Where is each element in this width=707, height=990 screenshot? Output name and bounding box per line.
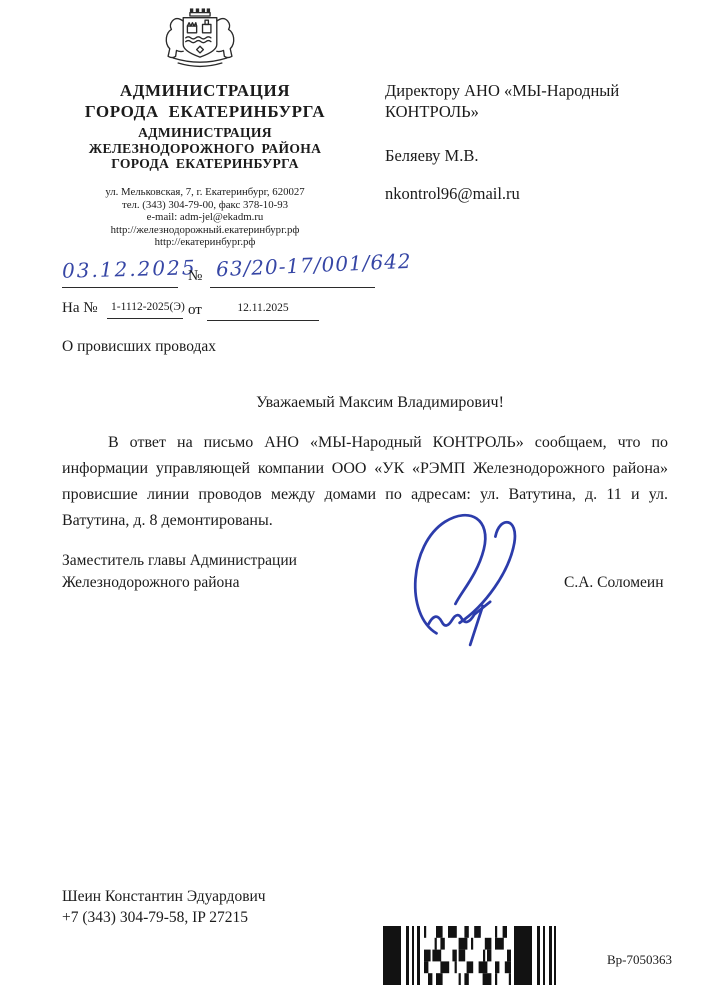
executor-block: Шеин Константин Эдуардович +7 (343) 304-… bbox=[62, 886, 266, 928]
handwritten-signature bbox=[398, 505, 536, 647]
executor-phone: +7 (343) 304-79-58, IP 27215 bbox=[62, 907, 266, 928]
subject-line: О провисших проводах bbox=[62, 338, 216, 356]
postal-address: ул. Мельковская, 7, г. Екатеринбург, 620… bbox=[38, 186, 372, 199]
reply-to-label: На № bbox=[62, 300, 98, 317]
document-code: Вр-7050363 bbox=[607, 952, 672, 968]
phone-fax: тел. (343) 304-79-00, факс 378-10-93 bbox=[38, 199, 372, 212]
addressee-block: Директору АНО «МЫ-Народный КОНТРОЛЬ» Бел… bbox=[385, 80, 655, 204]
from-label: от bbox=[188, 302, 202, 319]
website-line: http://екатеринбург.рф bbox=[38, 236, 372, 249]
addressee-name: Беляеву М.В. bbox=[385, 145, 655, 166]
letter-body: В ответ на письмо АНО «МЫ-Народный КОНТР… bbox=[62, 430, 668, 534]
blank-line bbox=[210, 287, 375, 288]
blank-line bbox=[207, 320, 319, 321]
department-name-block: АДМИНИСТРАЦИЯ ЖЕЛЕЗНОДОРОЖНОГО РАЙОНА ГО… bbox=[38, 125, 372, 172]
signer-position-line: Железнодорожного района bbox=[62, 572, 297, 594]
incoming-date: 12.11.2025 bbox=[207, 302, 319, 314]
department-name-line: АДМИНИСТРАЦИЯ bbox=[38, 125, 372, 141]
signer-name: С.А. Соломеин bbox=[564, 574, 664, 592]
incoming-number: 1-1112-2025(Э) bbox=[111, 301, 185, 313]
department-name-line: ЖЕЛЕЗНОДОРОЖНОГО РАЙОНА bbox=[38, 141, 372, 157]
number-sign: № bbox=[188, 268, 202, 285]
org-name-line: ГОРОДА ЕКАТЕРИНБУРГА bbox=[38, 101, 372, 122]
email-line: e-mail: adm-jel@ekadm.ru bbox=[38, 211, 372, 224]
outgoing-date-handwritten: 03.12.2025 bbox=[62, 255, 197, 283]
blank-line bbox=[107, 318, 183, 319]
letterhead-contacts: ул. Мельковская, 7, г. Екатеринбург, 620… bbox=[38, 186, 372, 249]
website-line: http://железнодорожный.екатеринбург.рф bbox=[38, 224, 372, 237]
city-coat-of-arms-icon bbox=[158, 4, 242, 70]
document-barcode bbox=[383, 926, 556, 985]
org-name-block: АДМИНИСТРАЦИЯ ГОРОДА ЕКАТЕРИНБУРГА bbox=[38, 80, 372, 122]
addressee-email: nkontrol96@mail.ru bbox=[385, 183, 655, 204]
signer-position-line: Заместитель главы Администрации bbox=[62, 550, 297, 572]
addressee-position-line: Директору АНО «МЫ-Народный bbox=[385, 80, 655, 101]
addressee-position-line: КОНТРОЛЬ» bbox=[385, 101, 655, 122]
executor-name: Шеин Константин Эдуардович bbox=[62, 886, 266, 907]
department-name-line: ГОРОДА ЕКАТЕРИНБУРГА bbox=[38, 156, 372, 172]
signer-position: Заместитель главы Администрации Железнод… bbox=[62, 550, 297, 594]
scanned-letter-page: АДМИНИСТРАЦИЯ ГОРОДА ЕКАТЕРИНБУРГА АДМИН… bbox=[0, 0, 707, 990]
org-name-line: АДМИНИСТРАЦИЯ bbox=[38, 80, 372, 101]
salutation: Уважаемый Максим Владимирович! bbox=[100, 394, 660, 412]
outgoing-number-handwritten: 63/20-17/001/642 bbox=[216, 249, 413, 282]
blank-line bbox=[62, 287, 178, 288]
